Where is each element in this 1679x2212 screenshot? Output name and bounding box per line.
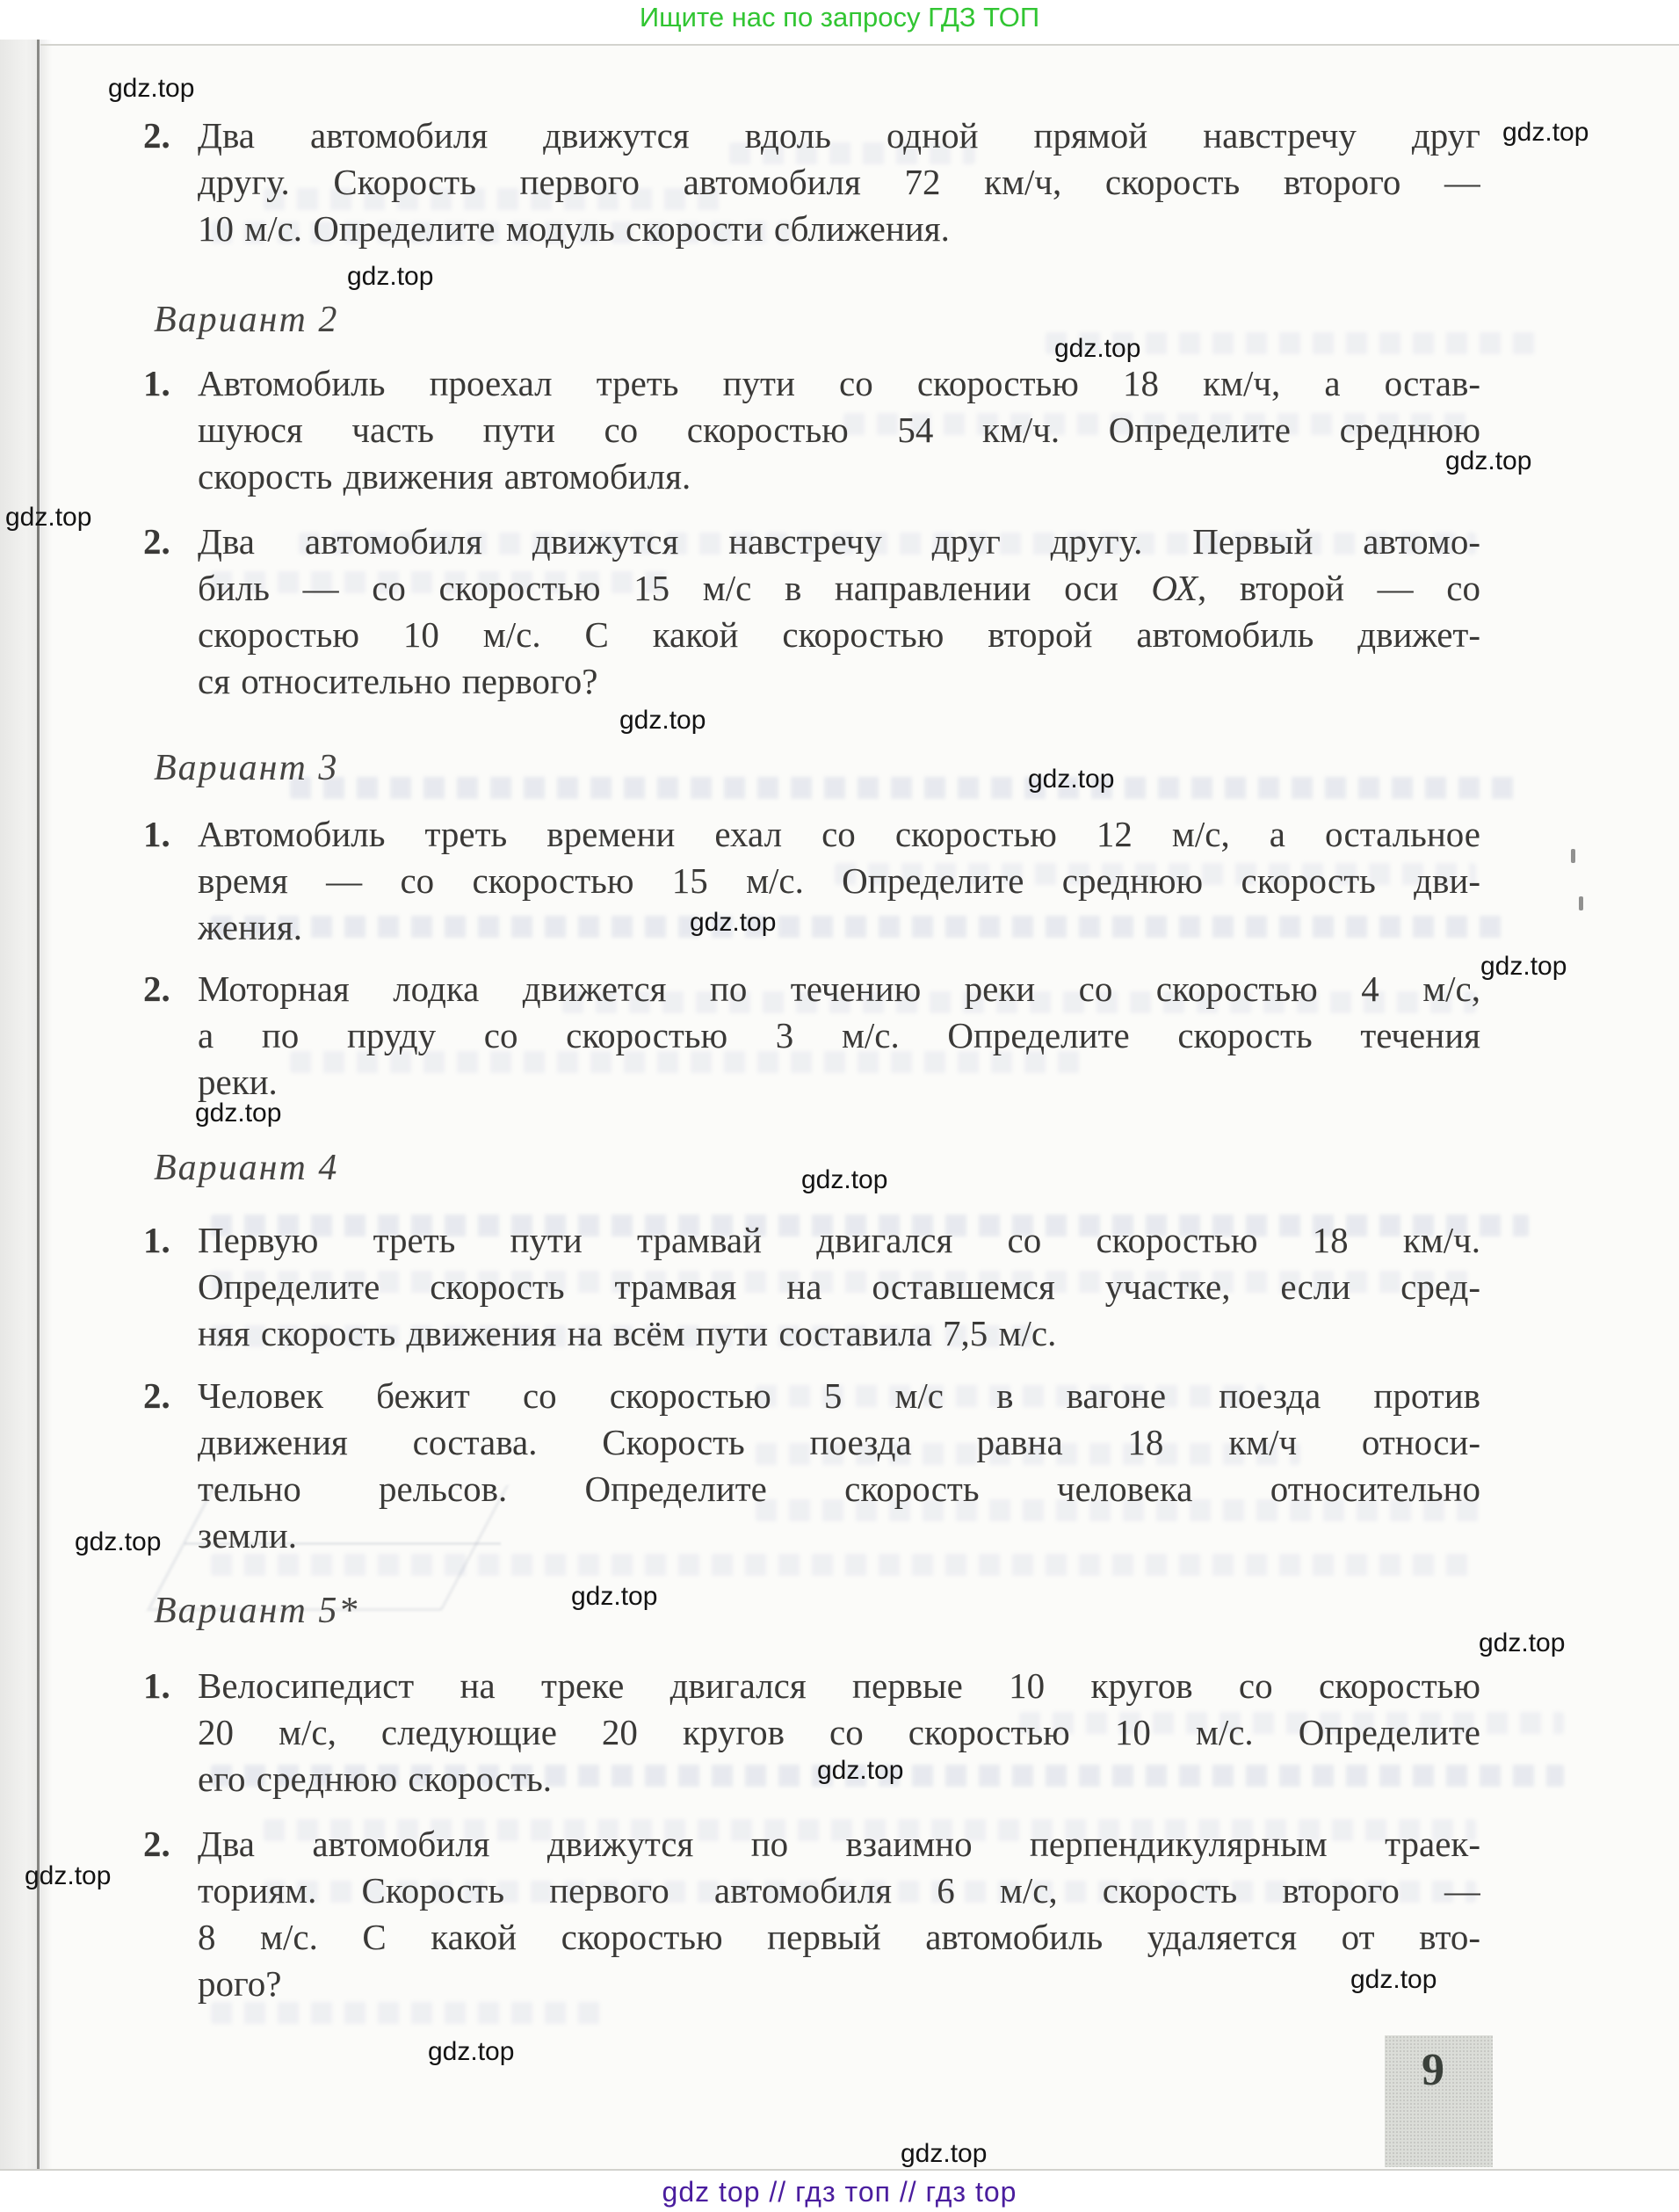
page-number: 9 <box>1422 2044 1444 2097</box>
problem-v4-1: 1. Первую треть пути трамвай двигался со… <box>198 1217 1480 1357</box>
variant-heading-4: Вариант 4 <box>154 1145 338 1191</box>
bleed-artifact <box>290 777 1520 799</box>
problem-line: земли. <box>198 1512 1480 1559</box>
watermark-gdz-top: gdz.top <box>619 706 706 736</box>
watermark-gdz-top: gdz.top <box>801 1165 887 1195</box>
axis-label-italic: ОХ <box>1151 568 1198 608</box>
problem-v4-2: 2. Человек бежит со скоростью 5 м/с в ва… <box>198 1373 1480 1559</box>
problem-v2-1: 1. Автомобиль проехал треть пути со скор… <box>198 360 1480 500</box>
problem-line: няя скорость движения на всём пути соста… <box>198 1310 1480 1357</box>
problem-v2-2: 2. Два автомобиля движутся навстречу дру… <box>198 519 1480 705</box>
problem-line: ся относительно первого? <box>198 658 1480 705</box>
problem-line: шуюся часть пути со скоростью 54 км/ч. О… <box>198 407 1480 453</box>
problem-line: Определите скорость трамвая на оставшемс… <box>198 1264 1480 1310</box>
problem-line: ториям. Скорость первого автомобиля 6 м/… <box>198 1868 1480 1914</box>
watermark-gdz-top: gdz.top <box>1028 765 1114 794</box>
watermark-gdz-top: gdz.top <box>428 2037 514 2067</box>
line-text: биль — со скоростью 15 м/с в направлении… <box>198 568 1151 608</box>
problem-number: 1. <box>143 1663 170 1709</box>
problem-line: реки. <box>198 1059 1480 1106</box>
problem-line: скоростью 10 м/с. С какой скоростью втор… <box>198 612 1480 658</box>
watermark-gdz-top: gdz.top <box>1445 446 1531 476</box>
problem-number: 2. <box>143 519 170 565</box>
problem-number: 2. <box>143 112 170 159</box>
problem-line: жения. <box>198 904 1480 951</box>
watermark-gdz-top: gdz.top <box>1502 118 1589 148</box>
problem-number: 2. <box>143 1373 170 1419</box>
watermark-gdz-top: gdz.top <box>901 2139 987 2169</box>
problem-line: Два автомобиля движутся навстречу друг д… <box>198 519 1480 565</box>
problem-line: биль — со скоростью 15 м/с в направлении… <box>198 565 1480 612</box>
watermark-gdz-top: gdz.top <box>195 1099 281 1128</box>
problem-number: 1. <box>143 360 170 407</box>
problem-line: Велосипедист на треке двигался первые 10… <box>198 1663 1480 1709</box>
problem-line: 20 м/с, следующие 20 кругов со скоростью… <box>198 1709 1480 1756</box>
watermark-gdz-top: gdz.top <box>1350 1965 1437 1995</box>
watermark-gdz-top: gdz.top <box>817 1756 903 1786</box>
watermark-gdz-top: gdz.top <box>75 1527 161 1557</box>
problem-line: рого? <box>198 1961 1480 2007</box>
variant-heading-5: Вариант 5* <box>154 1588 358 1634</box>
problem-line: Два автомобиля движутся вдоль одной прям… <box>198 112 1480 159</box>
scanned-textbook-page: Ищите нас по запросу ГДЗ ТОП gdz.top gdz… <box>0 0 1679 2212</box>
problem-line: Моторная лодка движется по течению реки … <box>198 966 1480 1012</box>
promo-banner-top: Ищите нас по запросу ГДЗ ТОП <box>0 1 1679 34</box>
problem-v3-1: 1. Автомобиль треть времени ехал со скор… <box>198 811 1480 951</box>
problem-line: движения состава. Скорость поезда равна … <box>198 1419 1480 1466</box>
problem-line: Автомобиль треть времени ехал со скорост… <box>198 811 1480 858</box>
watermark-gdz-top: gdz.top <box>5 503 91 533</box>
problem-number: 1. <box>143 1217 170 1264</box>
problem-number: 1. <box>143 811 170 858</box>
line-text: , второй — со <box>1198 568 1480 608</box>
promo-banner-bottom: gdz top // гдз топ // гдз top <box>0 2174 1679 2209</box>
problem-line: другу. Скорость первого автомобиля 72 км… <box>198 159 1480 206</box>
problem-line: Первую треть пути трамвай двигался со ск… <box>198 1217 1480 1264</box>
problem-v3-2: 2. Моторная лодка движется по течению ре… <box>198 966 1480 1106</box>
problem-line: Человек бежит со скоростью 5 м/с в вагон… <box>198 1373 1480 1419</box>
watermark-gdz-top: gdz.top <box>690 908 776 938</box>
problem-v1-2: 2. Два автомобиля движутся вдоль одной п… <box>198 112 1480 252</box>
problem-v5-2: 2. Два автомобиля движутся по взаимно пе… <box>198 1821 1480 2007</box>
page-number-box: 9 <box>1385 2035 1493 2167</box>
problem-number: 2. <box>143 1821 170 1868</box>
watermark-gdz-top: gdz.top <box>1479 1628 1565 1658</box>
watermark-gdz-top: gdz.top <box>1480 952 1567 982</box>
problem-line: время — со скоростью 15 м/с. Определите … <box>198 858 1480 904</box>
problem-line: 8 м/с. С какой скоростью первый автомоби… <box>198 1914 1480 1961</box>
watermark-gdz-top: gdz.top <box>571 1582 657 1612</box>
scan-speck <box>1579 896 1583 910</box>
watermark-gdz-top: gdz.top <box>1054 334 1140 364</box>
page-left-margin-strip <box>0 40 37 2169</box>
page-spine-shadow <box>40 40 52 2169</box>
problem-line: Автомобиль проехал треть пути со скорост… <box>198 360 1480 407</box>
variant-heading-2: Вариант 2 <box>154 297 338 343</box>
problem-line: Два автомобиля движутся по взаимно перпе… <box>198 1821 1480 1868</box>
watermark-gdz-top: gdz.top <box>347 262 433 292</box>
problem-line: а по пруду со скоростью 3 м/с. Определит… <box>198 1012 1480 1059</box>
problem-line: тельно рельсов. Определите скорость чело… <box>198 1466 1480 1512</box>
variant-heading-3: Вариант 3 <box>154 745 338 791</box>
problem-line: скорость движения автомобиля. <box>198 453 1480 500</box>
page-bottom-edge <box>0 2169 1679 2171</box>
watermark-gdz-top: gdz.top <box>25 1861 111 1891</box>
watermark-gdz-top: gdz.top <box>108 74 194 104</box>
page-top-edge <box>40 44 1679 46</box>
problem-line: 10 м/с. Определите модуль скорости сближ… <box>198 206 1480 252</box>
problem-number: 2. <box>143 966 170 1012</box>
scan-speck <box>1571 849 1575 863</box>
